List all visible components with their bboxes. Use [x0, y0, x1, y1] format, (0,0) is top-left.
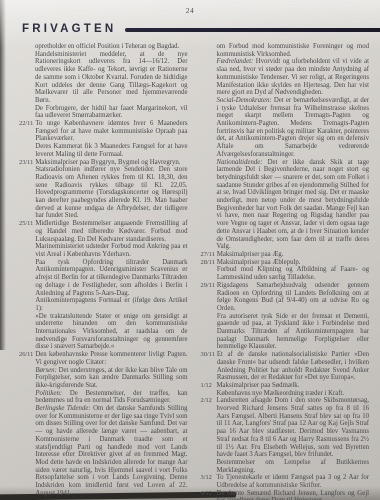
- entry-paragraph: To Tjenestekarle er idømt Fængsel paa 3 …: [217, 474, 370, 489]
- masthead-rule: [125, 28, 380, 31]
- entry-date: 3/12: [201, 474, 217, 489]
- entry-body: Maksimalpriser paa Byggryn, Bygmel og Ha…: [35, 159, 187, 221]
- entry-paragraph: opretholder en officiel Position i Teher…: [35, 43, 188, 51]
- entry-paragraph: Handelsministeriet meddeler, at de nye R…: [35, 51, 188, 105]
- entry-body: Maksimalpriser paa Sødmælk.Københavns ny…: [217, 382, 370, 397]
- entry-paragraph: Forbud mod Klipning og Afbildning af Faa…: [217, 266, 369, 281]
- entry-paragraph: Maksimalpriser paa Sødmælk.: [217, 382, 370, 390]
- chronicle-entry: 29/11Rigsdagens Samarbejdsudvalg udsende…: [201, 282, 370, 351]
- entry-date: 25/11: [19, 220, 35, 351]
- entry-body: De dømte Sømænd Richard Jensen, Langfors…: [217, 490, 370, 500]
- entry-date: 28/11: [201, 259, 217, 282]
- entry-body: Et af de danske nationalsocialistiske Pa…: [217, 351, 369, 382]
- chronicle-columns: opretholder en officiel Position i Teher…: [19, 43, 369, 494]
- entry-body: Midlertidige Bestemmelser angaaende Frem…: [35, 220, 187, 351]
- entry-date: 1/12: [201, 382, 217, 397]
- entry-paragraph: Statsradiofonien indfører nye Sendetider…: [35, 166, 187, 220]
- entry-paragraph: To unge Københavnere idømtes hver 6 Maan…: [35, 120, 187, 143]
- entry-paragraph: Social-Demokraten: Det er bemærkelsesvær…: [217, 97, 370, 159]
- entry-date: 27/11: [201, 251, 217, 259]
- chronicle-entry: om Forbud mod kommunistiske Foreninger o…: [201, 43, 370, 251]
- newspaper-name-lead: Social-Demokraten:: [217, 97, 274, 104]
- scan-edge-left: [0, 0, 6, 350]
- entry-body: Maksimalpriser paa Æg.: [217, 251, 369, 259]
- chronicle-entry: 30/11Et af de danske nationalsocialistis…: [201, 351, 370, 382]
- entry-date: 29/11: [201, 282, 217, 351]
- entry-body: om Forbud mod kommunistiske Foreninger o…: [217, 43, 370, 251]
- chronicle-entry: 4/12De dømte Sømænd Richard Jensen, Lang…: [201, 490, 370, 500]
- newspaper-name-lead: Fædrelandet:: [217, 58, 256, 65]
- chronicle-entry: 27/11Maksimalpriser paa Æg.: [201, 251, 370, 259]
- chronicle-entry: 1/12Maksimalpriser paa Sødmælk.København…: [201, 382, 370, 397]
- chronicle-entry: 25/11Midlertidige Bestemmelser angaaende…: [19, 220, 188, 351]
- entry-paragraph: De dømte Sømænd Richard Jensen, Langfors…: [217, 490, 370, 500]
- chronicle-entry: opretholder en officiel Position i Teher…: [19, 43, 188, 120]
- entry-paragraph: Berlingske Tidende: Om det danske Samfun…: [35, 405, 187, 497]
- entry-date: [201, 43, 217, 251]
- entry-paragraph: Maksimalpriser paa Byggryn, Bygmel og Ha…: [35, 159, 187, 167]
- masthead-title: FRIVAGTEN: [22, 23, 116, 35]
- newspaper-name-lead: Nationaltidende:: [217, 159, 268, 166]
- entry-date: 4/12: [201, 490, 217, 500]
- entry-date: [19, 43, 35, 120]
- entry-body: Rigsdagens Samarbejdsudvalg udsender gen…: [217, 282, 369, 351]
- entry-body: opretholder en officiel Position i Teher…: [35, 43, 188, 120]
- entry-paragraph: Københavns nye Mælkeordning træder i Kra…: [217, 390, 370, 398]
- entry-body: Den københavnske Presse kommenterer livl…: [35, 351, 187, 497]
- entry-paragraph: Bestemmelser om Lempelse af Butikkernes …: [217, 459, 370, 474]
- entry-paragraph: Deres Kammerat fik 3 Maaneders Fængsel f…: [35, 143, 187, 158]
- entry-paragraph: De Forbrugere, der hidtil har faaet Marg…: [35, 105, 188, 120]
- entry-paragraph: Maksimalpriser paa Æg.: [217, 251, 369, 259]
- chronicle-entry: 28/11Maksimalpriser paa Æblepulp.Forbud …: [201, 259, 370, 282]
- chronicle-entry: 3/12To Tjenestekarle er idømt Fængsel pa…: [201, 474, 370, 489]
- entry-paragraph: Politiken: De Bestemmelser, der træffes,…: [35, 390, 187, 405]
- chronicle-column-right: om Forbud mod kommunistiske Foreninger o…: [201, 43, 370, 494]
- newspaper-name-lead: Politiken:: [35, 390, 70, 397]
- entry-paragraph: Midlertidige Bestemmelser angaaende Frem…: [35, 220, 187, 243]
- entry-paragraph: »De traktatsluttende Stater er enige om …: [35, 313, 187, 352]
- entry-date: 30/11: [201, 351, 217, 382]
- entry-date: 23/11: [19, 159, 35, 221]
- entry-paragraph: Marineministeriet udsteder Forbud mod An…: [35, 243, 187, 258]
- chronicle-entry: 22/11To unge Københavnere idømtes hver 6…: [19, 120, 188, 159]
- newspaper-name-lead: Børsen:: [35, 367, 58, 374]
- entry-paragraph: Maksimalpriser paa Æblepulp.: [217, 259, 369, 267]
- entry-paragraph: Børsen: Det understreges, at der ikke ka…: [35, 367, 187, 390]
- entry-body: To unge Københavnere idømtes hver 6 Maan…: [35, 120, 187, 159]
- chronicle-column-left: opretholder en officiel Position i Teher…: [19, 43, 188, 494]
- entry-date: 22/11: [19, 120, 35, 159]
- page-number: 24: [0, 6, 380, 15]
- entry-body: To Tjenestekarle er idømt Fængsel paa 3 …: [217, 474, 370, 489]
- entry-paragraph: Landsretten afsagde Dom i den store Skib…: [217, 397, 370, 459]
- entry-paragraph: Et af de danske nationalsocialistiske Pa…: [217, 351, 369, 382]
- entry-paragraph: Fædrelandet: Hvorvidt og uforbeholdent v…: [217, 58, 370, 97]
- chronicle-entry: 26/11Den københavnske Presse kommenterer…: [19, 351, 188, 497]
- entry-paragraph: Rigsdagens Samarbejdsudvalg udsender gen…: [217, 282, 369, 313]
- entry-date: 2/12: [201, 397, 217, 474]
- entry-paragraph: Paa tysk Opfordring tiltræder Danmark An…: [35, 259, 187, 298]
- entry-paragraph: Fra autoriseret tysk Side er der fremsat…: [217, 313, 369, 352]
- chronicle-entry: 23/11Maksimalpriser paa Byggryn, Bygmel …: [19, 159, 188, 221]
- entry-paragraph: om Forbud mod kommunistiske Foreninger o…: [217, 43, 370, 58]
- entry-date: 26/11: [19, 351, 35, 497]
- chronicle-entry: 2/12Landsretten afsagde Dom i den store …: [201, 397, 370, 474]
- entry-body: Landsretten afsagde Dom i den store Skib…: [217, 397, 370, 474]
- newspaper-name-lead: Berlingske Tidende:: [35, 405, 93, 412]
- entry-paragraph: Nationaltidende: Det er ikke dansk Skik …: [217, 159, 370, 251]
- entry-paragraph: Antikominternpagtens Formaal er (ifølge …: [35, 297, 187, 312]
- entry-paragraph: Den københavnske Presse kommenterer livl…: [35, 351, 187, 366]
- masthead: FRIVAGTEN: [22, 23, 380, 35]
- entry-body: Maksimalpriser paa Æblepulp.Forbud mod K…: [217, 259, 369, 282]
